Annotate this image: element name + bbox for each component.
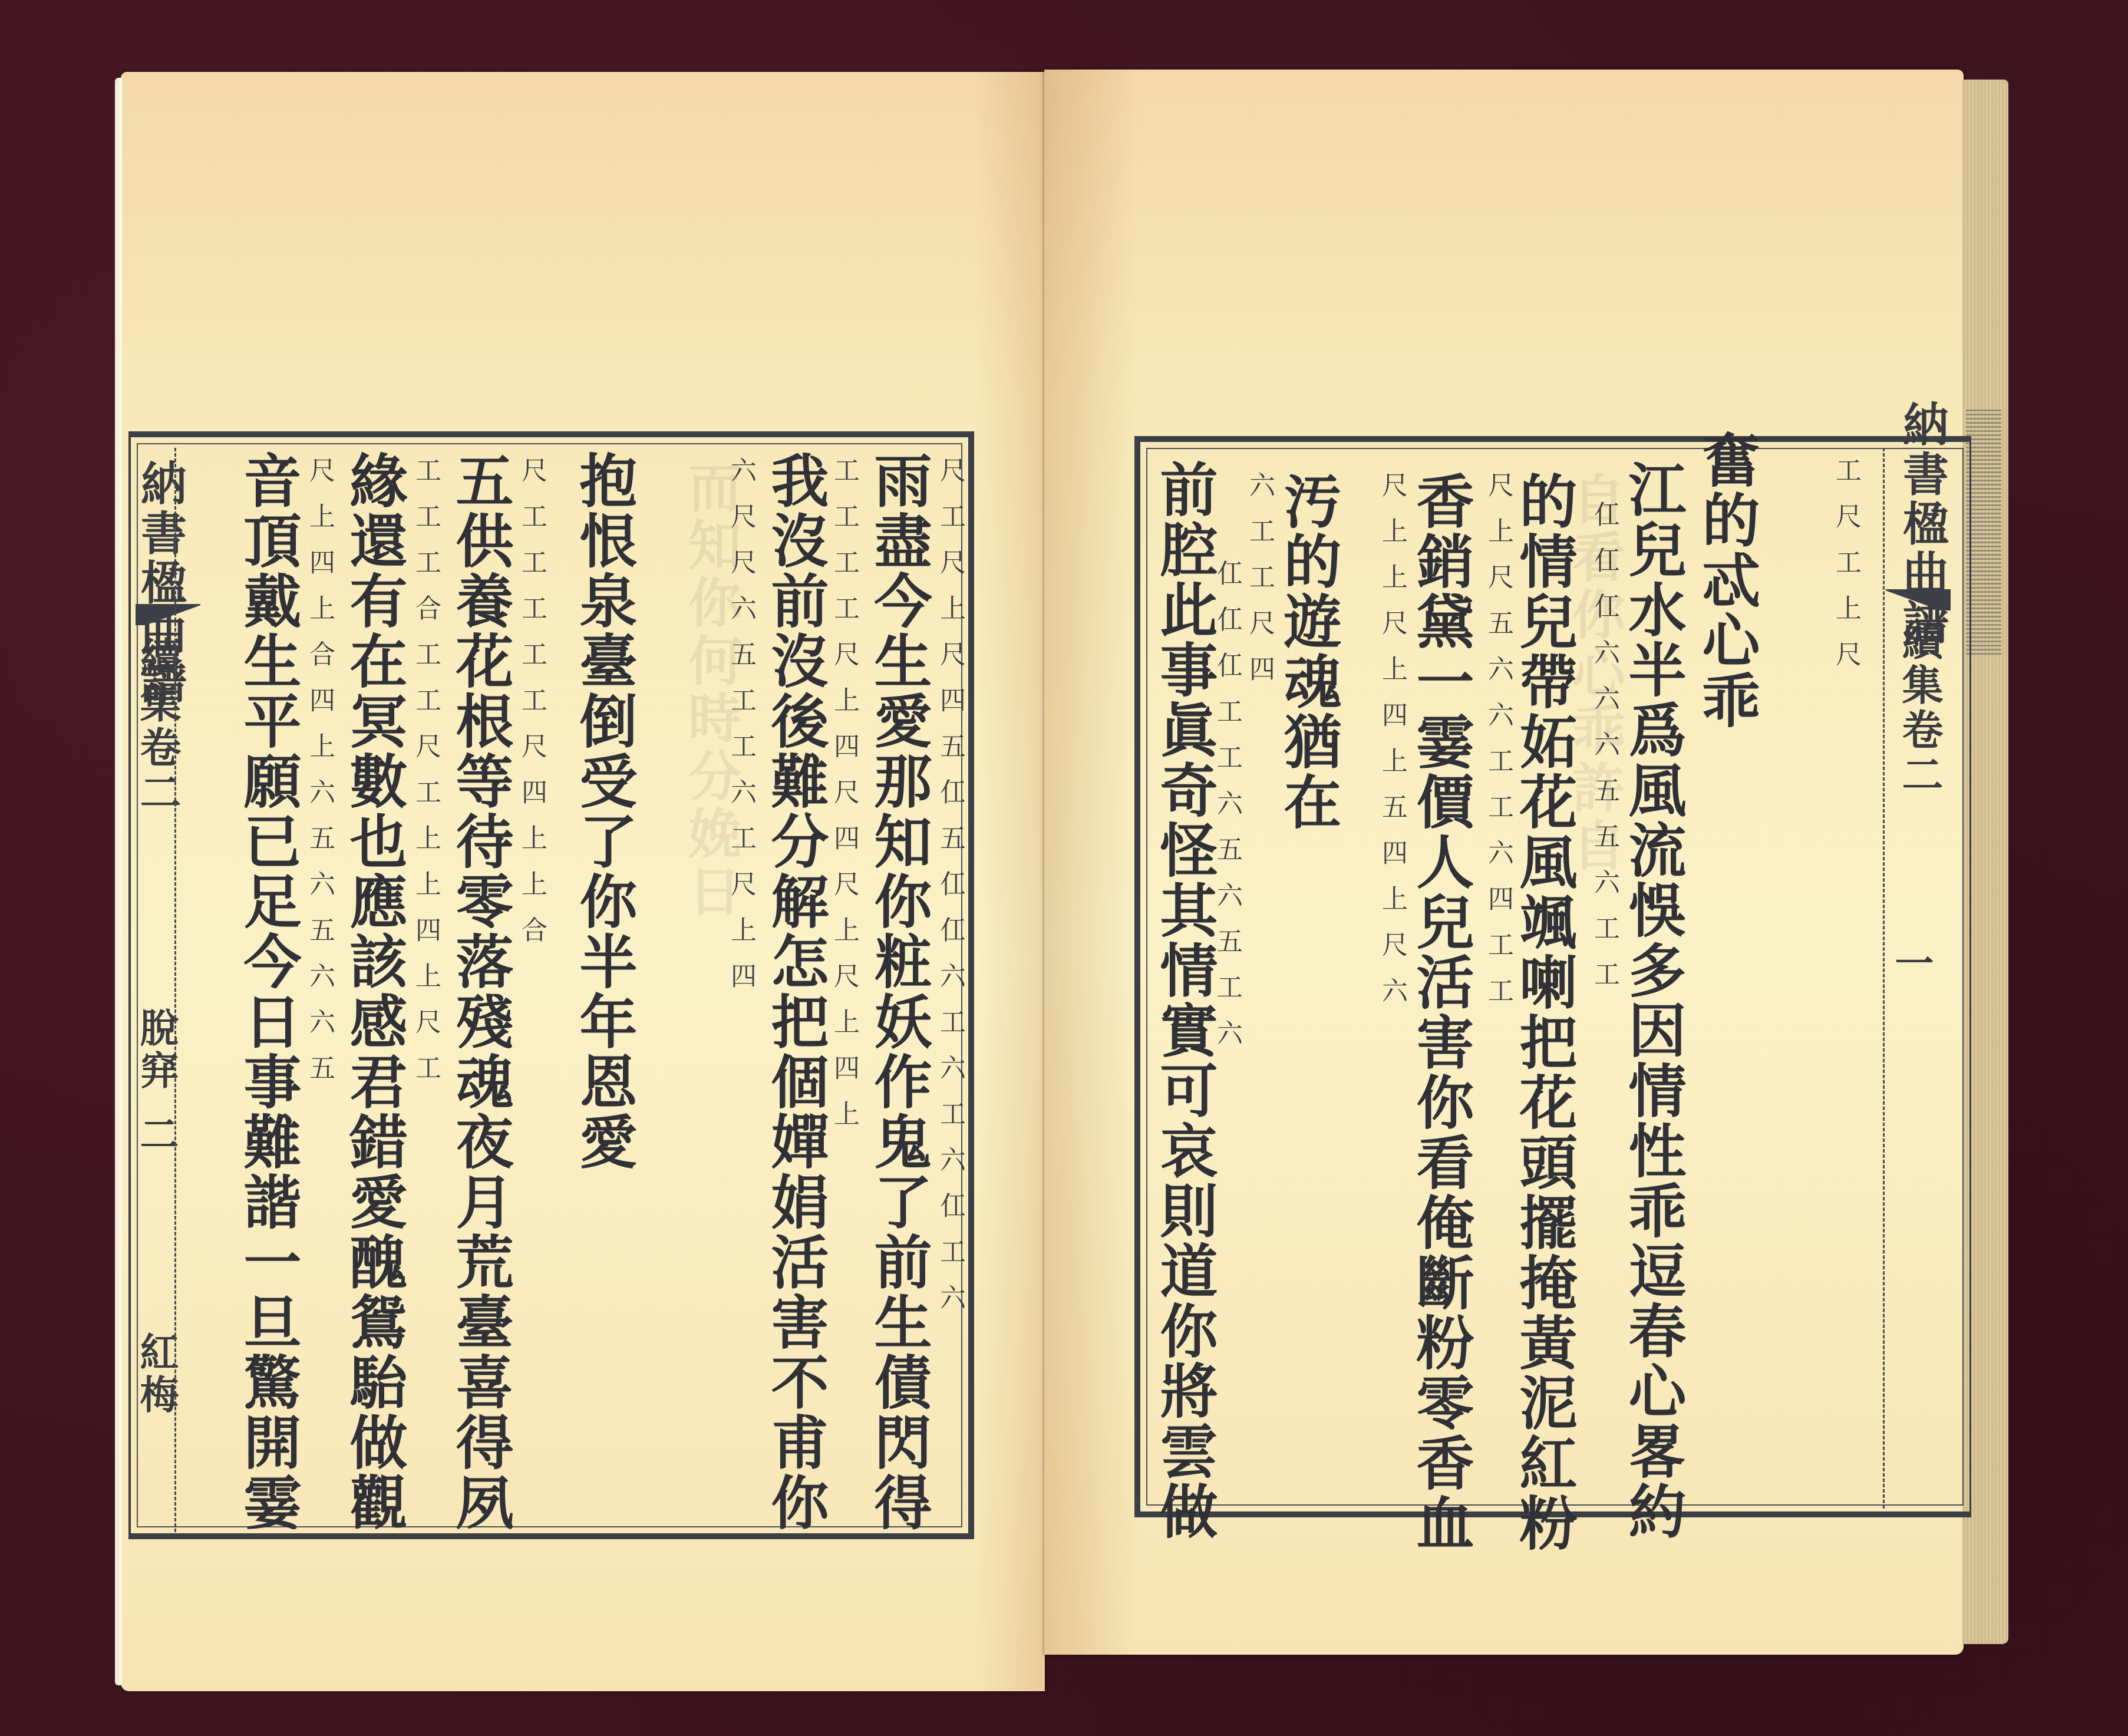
lyric-column: 抱恨泉臺倒受了你半年恩愛 [575, 451, 632, 1172]
notation-column: 工工工工尺上四尺四尺上尺上四上 [831, 457, 857, 1146]
lyric-column: 雨盡今生愛那知你粧妖作鬼了前生債閃得 [869, 451, 927, 1533]
notation-column: 尺工工工工工尺四上上合 [519, 457, 545, 962]
margin-section: 脫穽 [137, 1008, 176, 1093]
margin-title: 納書楹曲譜 [1899, 401, 1945, 648]
gutter-shadow [1044, 70, 1139, 1655]
lyric-column: 前腔此事眞奇怪其情實可哀則道你將雲做 [1155, 460, 1213, 1542]
lyric-column: 的情兒帶妬花風颯喇把花頭擺掩黃泥紅粉 [1515, 471, 1572, 1553]
lyric-column: 奮的忒心乖 [1697, 430, 1755, 731]
lyric-column: 音頂戴生平願已足今日事難諧一旦驚開霎 [239, 451, 296, 1533]
fishtail-mark [1886, 589, 1951, 610]
lyric-column: 五供養花根等待零落殘魂夜月荒臺喜得夙 [451, 451, 509, 1533]
notation-column: 六尺尺六五工工六工尺上四 [728, 457, 754, 1008]
margin-volume: 續集卷二 [137, 636, 178, 816]
lyric-column: 緣還有在冥數也應該感君錯愛醜鴛駘做觀 [345, 451, 402, 1533]
notation-column: 仜仜仜六六六五五六工工 [1591, 501, 1617, 1006]
lyric-column: 香銷黛一霎價人兒活害你看俺斷粉零香血 [1411, 471, 1469, 1553]
lyric-column: 我沒前沒後難分解怎把個嬋娟活害不甫你 [766, 451, 824, 1533]
notation-column: 六工工尺四 [1246, 471, 1272, 701]
margin-page-number: 二 [137, 1114, 176, 1156]
fishtail-mark [136, 604, 200, 625]
notation-column: 工工工合工工尺工上上四上尺工 [413, 457, 438, 1100]
gutter-shadow [974, 72, 1045, 1691]
notation-column: 尺上尺五六六工工六四工工 [1485, 471, 1511, 1023]
column-rule [174, 448, 176, 1532]
lyric-column: 江兒水半爲風流悞多因情性乖逗春心畧約 [1624, 460, 1681, 1542]
notation-column: 尺上四上合四上六五六五六六五 [306, 457, 332, 1100]
fore-edge-print [1966, 410, 2001, 657]
notation-column: 尺上上尺上四上五四上尺六 [1379, 471, 1405, 1023]
notation-column: 工尺工上尺 [1833, 457, 1859, 687]
notation-column: 尺工尺上尺四五仜五仜仜六工六工六仜工六 [937, 457, 963, 1330]
margin-play-name: 紅梅 [137, 1332, 176, 1417]
margin-page-number: 一 [1892, 943, 1931, 985]
column-rule [1883, 448, 1885, 1509]
lyric-column: 汚的遊魂猶在 [1279, 471, 1337, 832]
margin-volume: 續集卷二 [1899, 619, 1940, 798]
